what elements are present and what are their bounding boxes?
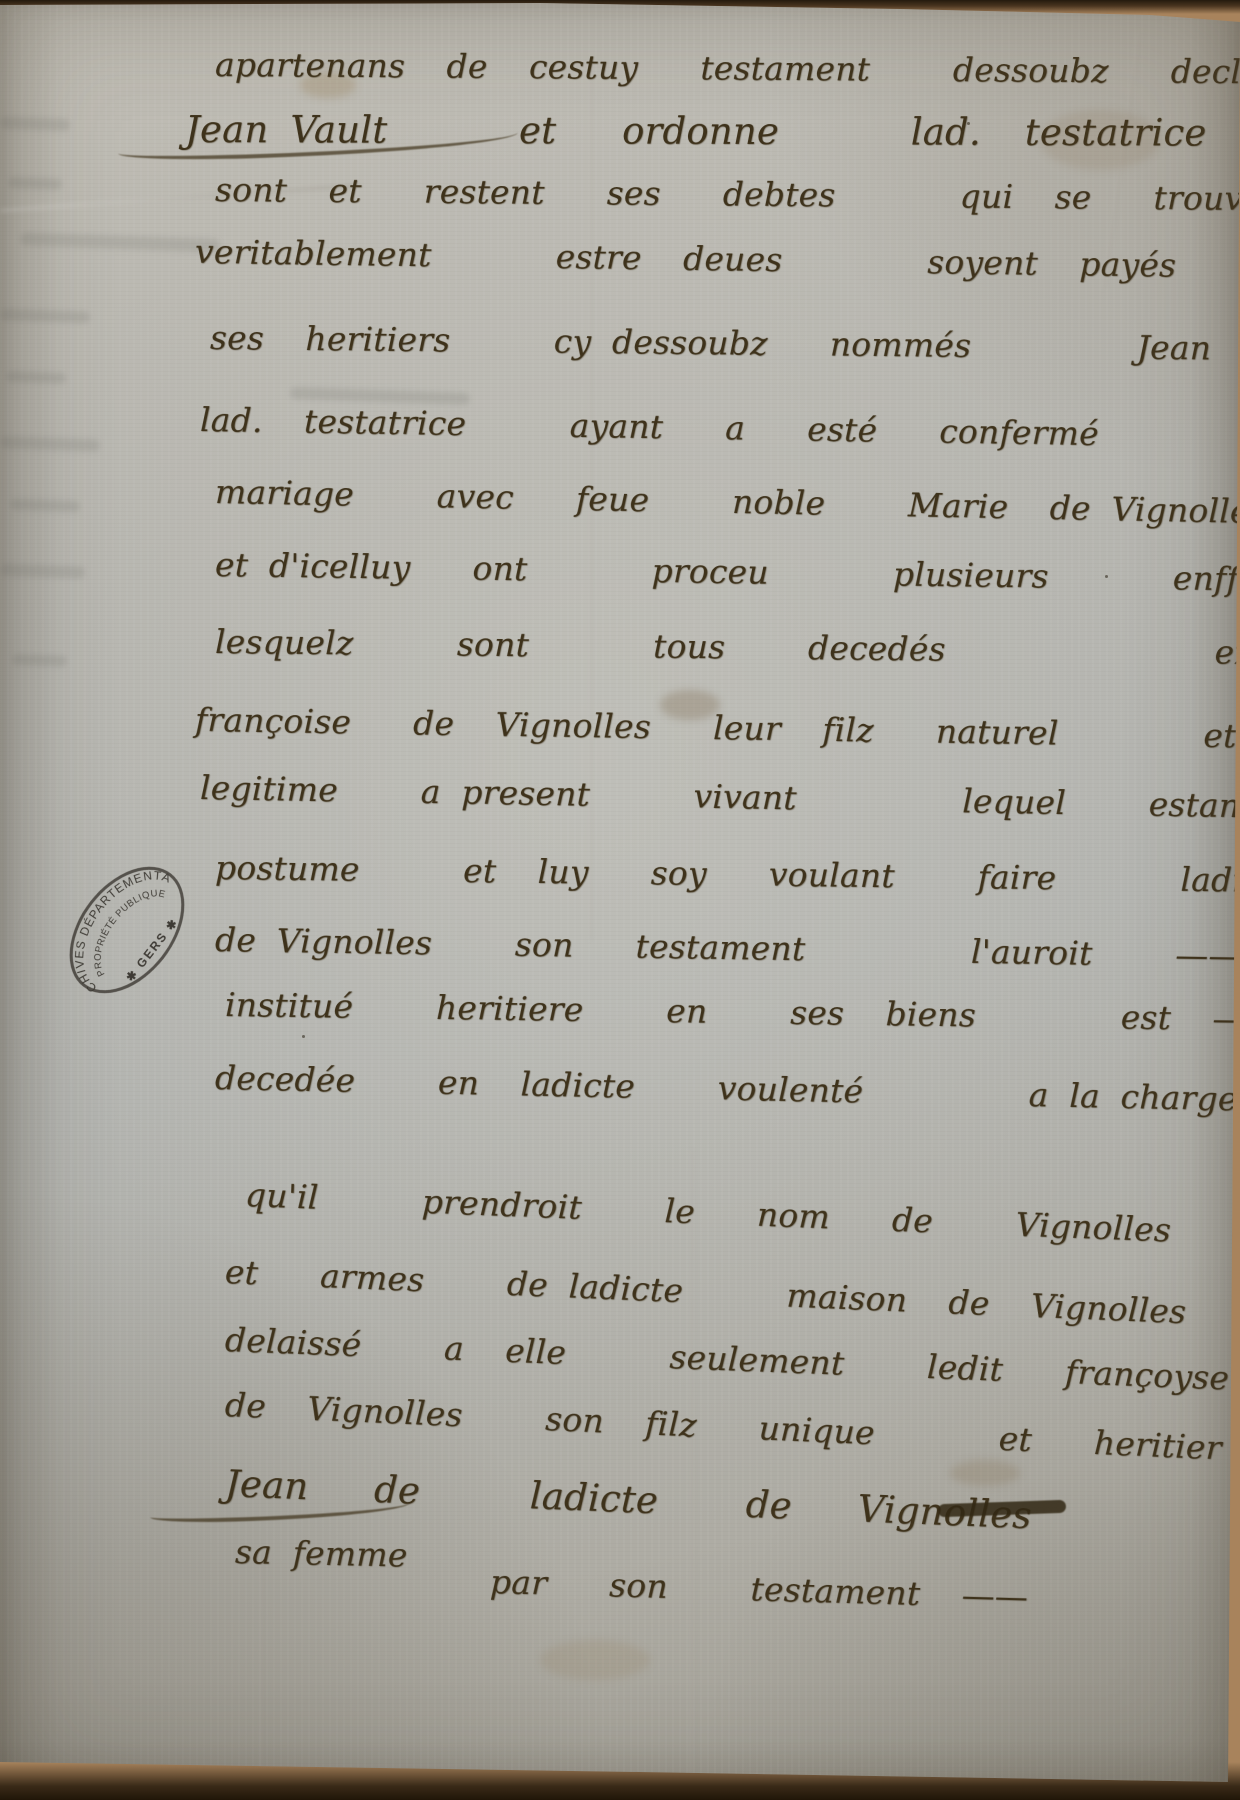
pen-flourish — [118, 123, 519, 163]
bleedthrough-mark — [10, 499, 80, 512]
manuscript-line: françoise de Vignolles leur filz naturel… — [195, 700, 1237, 756]
manuscript-line: legitime a present vivant lequel estant — [200, 768, 1240, 826]
bleedthrough-mark — [20, 233, 220, 253]
manuscript-line: apartenans de cestuy testament dessoubz … — [215, 45, 1240, 92]
ink-speck — [302, 1035, 305, 1038]
manuscript-page: apartenans de cestuy testament dessoubz … — [0, 0, 1240, 1800]
stamp-center-text: ✱ GERS ✱ — [123, 915, 181, 984]
manuscript-line: sa femme — [235, 1532, 408, 1575]
manuscript-photo: apartenans de cestuy testament dessoubz … — [0, 0, 1240, 1800]
manuscript-line: postume et luy soy voulant faire ladite — [215, 848, 1240, 901]
archive-stamp: ARCHIVES DÉPARTEMENTALES PROPRIÉTÉ PUBLI… — [32, 833, 222, 1028]
manuscript-line: par son testament —— — [489, 1562, 1028, 1617]
manuscript-line: delaissé a elle seulement ledit françoys… — [224, 1320, 1230, 1398]
stain — [540, 1640, 650, 1680]
bleedthrough-mark — [6, 371, 66, 384]
stamp-border — [48, 847, 205, 1013]
manuscript-line: de Vignolles son testament l'auroit ——— — [215, 920, 1240, 976]
manuscript-line: ses heritiers cy dessoubz nommés Jean di… — [210, 318, 1240, 369]
bleedthrough-mark — [0, 117, 70, 131]
manuscript-line: mariage avec feue noble Marie de Vignoll… — [215, 472, 1240, 532]
manuscript-line: institué heritiere en ses biens est ——— — [225, 985, 1240, 1040]
manuscript-line: sont et restent ses debtes qui se trouve… — [215, 170, 1240, 219]
manuscript-line: et d'icelluy ont proceu plusieurs enffan… — [215, 545, 1240, 600]
paper-crease — [260, 1560, 263, 1790]
manuscript-line: veritablement estre deues soyent payés p… — [195, 232, 1240, 287]
bleedthrough-mark — [0, 436, 100, 451]
manuscript-line: lesquelz sont tous decedés excepté — [215, 622, 1240, 673]
pen-flourish — [150, 1495, 411, 1524]
manuscript-line: qu'il prendroit le nom de Vignolles — [244, 1175, 1172, 1250]
manuscript-line: et armes de ladicte maison de Vignolles — [224, 1252, 1187, 1332]
manuscript-line: decedée en ladicte voulenté a la charge … — [215, 1058, 1240, 1121]
bleedthrough-mark — [12, 654, 67, 667]
bleedthrough-mark — [0, 564, 85, 579]
bleedthrough-mark — [8, 177, 62, 190]
manuscript-line: lad. testatrice ayant a esté confermé en — [200, 400, 1240, 457]
stamp-arc-text: ARCHIVES DÉPARTEMENTALES — [32, 833, 182, 1000]
bleedthrough-mark — [0, 308, 90, 323]
manuscript-line: de Vignolles son filz unique et heritier — [224, 1385, 1222, 1468]
paper-fold — [690, 1150, 693, 1790]
stain — [950, 1460, 1020, 1486]
